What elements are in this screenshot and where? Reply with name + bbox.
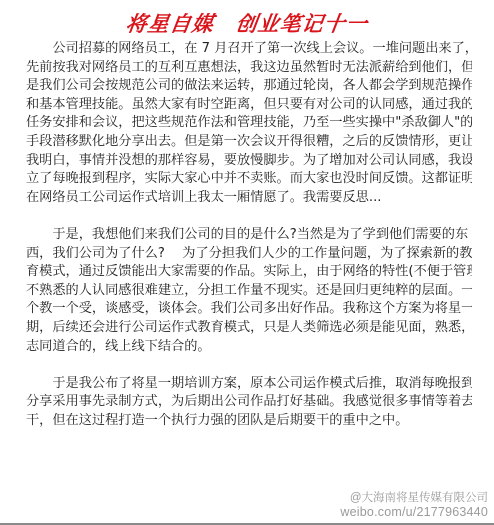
text-line: 育模式，通过反馈能出大家需要的作品。实际上，由于网络的特性(不便于管理)， <box>26 263 472 282</box>
text-line: 手段潜移默化地分享出去。但是第一次会议开得很糟，之后的反馈情形，更让 <box>26 133 472 152</box>
text-line: 立了每晚报到程序，实际大家心中并不卖账。而大家也没时间反馈。这都证明 <box>26 170 472 189</box>
paragraph-2: 于是，我想他们来我们公司的目的是什么?当然是为了学到他们需要的东 西，我们公司为… <box>26 226 472 356</box>
text-line: 于是我公布了将星一期培训方案，原本公司运作模式后推，取消每晚报到。 <box>26 375 472 394</box>
page-title: 将星自媒 创业笔记十一 <box>0 8 494 38</box>
text-line: 于是，我想他们来我们公司的目的是什么?当然是为了学到他们需要的东 <box>26 226 472 245</box>
weibo-watermark: @大海南将星传媒有限公司 weibo.com/u/2177963440 <box>340 491 488 519</box>
text-line: 分享采用事先录制方式，为后期出公司作品打好基础。我感觉很多事情等着去 <box>26 393 472 412</box>
text-line: 不熟悉的人认同感很难建立，分担工作量不现实。还是回归更纯粹的层面。一 <box>26 282 472 301</box>
text-line: 是我们公司会按规范公司的做法来运转，那通过轮岗，各人都会学到规范操作 <box>26 77 472 96</box>
text-line: 任务安排和会议，把这些规范作法和管理技能，乃至一些实操中"杀敌御人"的 <box>26 114 472 133</box>
text-line: 先前按我对网络员工的互利互惠想法，我这边虽然暂时无法派薪给到他们，但 <box>26 59 472 78</box>
paragraph-1: 公司招募的网络员工，在 7 月召开了第一次线上会议。一堆问题出来了， 先前按我对… <box>26 40 472 207</box>
watermark-handle: @大海南将星传媒有限公司 <box>340 491 488 505</box>
watermark-url: weibo.com/u/2177963440 <box>340 505 488 519</box>
text-line: 个教一个受，谈感受，谈体会。我们公司多出好作品。我称这个方案为将星一 <box>26 300 472 319</box>
text-line: 我明白，事情并没想的那样容易，要放慢脚步。为了增加对公司认同感，我设 <box>26 152 472 171</box>
text-line: 干，但在这过程打造一个执行力强的团队是后期要干的重中之中。 <box>26 412 472 431</box>
article-body: 公司招募的网络员工，在 7 月召开了第一次线上会议。一堆问题出来了， 先前按我对… <box>26 40 472 449</box>
text-line: 期，后续还会进行公司运作式教育模式，只是人类筛选必须是能见面，熟悉， <box>26 319 472 338</box>
text-line: 在网络员工公司运作式培训上我太一厢情愿了。我需要反思... <box>26 189 472 208</box>
text-line: 公司招募的网络员工，在 7 月召开了第一次线上会议。一堆问题出来了， <box>26 40 472 59</box>
text-line: 西，我们公司为了什么? 为了分担我们人少的工作量问题，为了探索新的教 <box>26 245 472 264</box>
text-line: 志同道合的，线上线下结合的。 <box>26 338 472 357</box>
text-line: 和基本管理技能。虽然大家有时空距离，但只要有对公司的认同感，通过我的 <box>26 96 472 115</box>
paragraph-3: 于是我公布了将星一期培训方案，原本公司运作模式后推，取消每晚报到。 分享采用事先… <box>26 375 472 431</box>
